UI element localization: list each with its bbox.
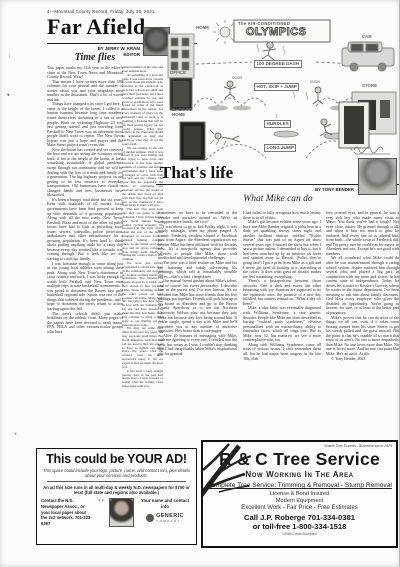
cartoon-label-car: CAR: [362, 35, 372, 40]
cartoon-event-hot-skip-jump: HOT, SKIP + JUMP: [254, 83, 299, 91]
office-door: [170, 78, 192, 110]
thats-life-column-1: Sometimes we have to be reminded of the …: [158, 211, 237, 431]
globe-icon: [146, 514, 154, 522]
cartoon-label-store: STORE: [362, 84, 377, 89]
cartoon-label-back-to-home: BACK TO HOME: [172, 108, 198, 118]
your-ad-pitch: This space could include your logo, pict…: [41, 468, 192, 479]
cartoon-event-dash: 100 DEGREE DASH: [254, 60, 302, 68]
tree-ad-line4: Excellent Work - Fair Price - Free Estim…: [207, 505, 392, 511]
diving-figure: [210, 130, 240, 145]
margin-mark: |: [9, 54, 10, 59]
cartoon-event-long-jump: LONG JUMP: [264, 144, 296, 152]
runner-figure: [262, 42, 276, 60]
tree-ad-phone1: Call J.P. Roberge 701-334-0381: [207, 513, 392, 522]
far-afield-subhead: Time flies: [60, 52, 130, 63]
thats-life-column-3: feet, crossed eyes, and in general, he w…: [326, 211, 399, 431]
back-to-home-door: [180, 122, 205, 160]
cartoon-ouch-2: OUCH!: [310, 80, 320, 84]
newspaper-page: | ◄ ✳ 4—Mountrail County Record, Friday,…: [0, 0, 400, 567]
your-ad-placeholder-contact: Your name and contact info: [138, 498, 192, 509]
cartoon-ouch-1: OUCH!: [232, 76, 242, 80]
sun-icon: [213, 20, 237, 44]
cartoon-label-office: OFFICE: [170, 71, 186, 76]
tree-service-ad: Shade Tree Experts - Business since 1974…: [201, 440, 398, 548]
your-ad-box: This could be YOUR AD! This space could …: [36, 448, 197, 545]
margin-mark: ✳: [14, 432, 17, 436]
car-drawing: [342, 42, 394, 71]
tree-branch-graphic: [201, 440, 269, 500]
cartoon-event-hurdles: HURDLES: [264, 120, 291, 128]
thats-life-title: That's life: [160, 164, 233, 181]
tree-ad-phone2: or toll-free 1-800-334-1518: [207, 522, 392, 531]
thats-life-column-2: I had failed to fully recognize how much…: [243, 211, 321, 431]
far-afield-column-2: gained attention at the state and even n…: [122, 66, 163, 448]
your-ad-pricing: An ad this size runs in all multi-day & …: [41, 485, 192, 496]
editorial-cartoon: The AIR-CONDITIONED OLYMPICS HOME CAR 10…: [166, 18, 399, 166]
margin-mark: ◄: [6, 93, 10, 97]
your-ad-title: This could be YOUR AD!: [41, 452, 192, 466]
hopping-figure: [224, 81, 236, 98]
ndna-logo: ◖◗: [93, 498, 109, 504]
columnist-photo: [358, 158, 397, 195]
thats-life-subhead: What Mike can do: [200, 194, 356, 204]
tree-ad-footer: Credit Cards Accepted: [207, 532, 392, 536]
generic-company-name: GENERIC: [156, 513, 184, 519]
cartoon-title-big: OLYMPICS: [246, 26, 306, 38]
far-afield-byline: BY JERRY W. KRAM: [70, 46, 140, 52]
far-afield-title: Far Afield: [47, 16, 146, 38]
generic-person-photo: [109, 498, 134, 527]
cartoon-label-home: HOME: [196, 26, 209, 31]
thats-life-byline: BY TONY BENDER: [280, 187, 354, 193]
finish-door: [339, 102, 369, 148]
your-ad-divider: [47, 481, 186, 482]
generic-company-word: COMPANY: [156, 519, 184, 523]
your-ad-contact: Contact the N.D. Newspaper Assoc., or yo…: [41, 498, 93, 526]
far-afield-column-1: This paper marks my 11th year in the edi…: [47, 66, 123, 446]
